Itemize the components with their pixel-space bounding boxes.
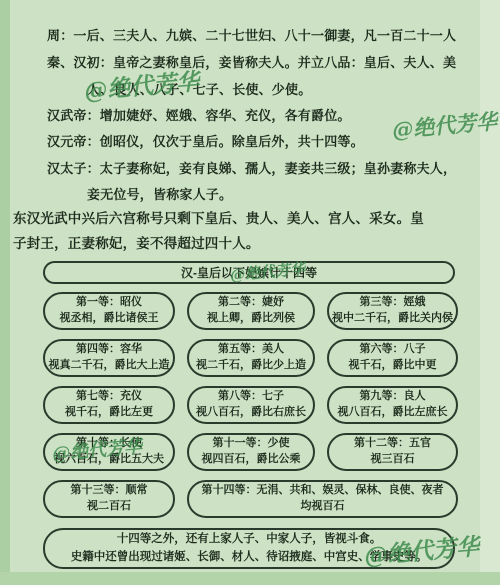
bottom-edge-strip	[0, 572, 500, 585]
rank-detail: 均视百石	[301, 499, 345, 515]
rank-card-6: 第六等：八子 视千石，爵比中更	[327, 339, 458, 377]
rank-grid: 第一等：昭仪 视丞相，爵比诸侯王 第二等：婕妤 视上卿，爵比列侯 第三等：娙娥 …	[43, 292, 458, 518]
rank-card-1: 第一等：昭仪 视丞相，爵比诸侯王	[43, 292, 175, 330]
rank-detail: 视上卿，爵比列侯	[207, 311, 295, 327]
rank-title: 第九等：良人	[360, 389, 426, 405]
rank-title: 第五等：美人	[218, 342, 284, 358]
rank-title: 第二等：婕妤	[218, 295, 284, 311]
intro-line-hantaizi: 汉太子：太子妻称妃，妾有良娣、孺人，妻妾共三级；皇孙妻称夫人，	[47, 161, 456, 177]
rank-card-9: 第九等：良人 视八百石，爵比左庶长	[327, 386, 458, 424]
rank-title: 第十一等：少使	[213, 436, 290, 452]
intro-line-zhou: 周：一后、三夫人、九嫔、二十七世妇、八十一御妻，凡一百二十一人	[47, 28, 456, 44]
rank-card-3: 第三等：娙娥 视中二千石，爵比关内侯	[327, 292, 458, 330]
rank-card-5: 第五等：美人 视二千石，爵比少上造	[187, 339, 315, 377]
rank-title: 第八等：七子	[218, 389, 284, 405]
left-edge-strip	[0, 0, 10, 585]
rank-title: 第四等：容华	[76, 342, 142, 358]
rank-title: 第十二等：五官	[354, 436, 431, 452]
infographic-page: 周：一后、三夫人、九嫔、二十七世妇、八十一御妻，凡一百二十一人 秦、汉初：皇帝之…	[0, 0, 500, 585]
rank-card-4: 第四等：容华 视真二千石，爵比大上造	[43, 339, 175, 377]
rank-title: 第一等：昭仪	[76, 295, 142, 311]
rank-detail: 视八百石，爵比右庶长	[196, 405, 306, 421]
rank-title: 第七等：充仪	[76, 389, 142, 405]
rank-detail: 视千石，爵比中更	[349, 358, 437, 374]
rank-detail: 视真二千石，爵比大上造	[49, 358, 170, 374]
rank-title: 第十四等：无涓、共和、娱灵、保林、良使、夜者	[202, 483, 444, 499]
rank-detail: 视四百石，爵比公乘	[202, 452, 301, 468]
intro-line-qin-hanchu: 秦、汉初：皇帝之妻称皇后，妾皆称夫人。并立八品：皇后、夫人、美	[47, 55, 456, 71]
intro-line-hanwudi: 汉武帝：增加婕妤、娙娥、容华、充仪，各有爵位。	[47, 108, 351, 124]
intro-line-donghan-cont: 子封王，正妻称妃，妾不得超过四十人。	[13, 236, 260, 252]
rank-card-8: 第八等：七子 视八百石，爵比右庶长	[187, 386, 315, 424]
rank-title: 第三等：娙娥	[360, 295, 426, 311]
rank-card-12: 第十二等：五官 视三百石	[327, 433, 458, 471]
intro-line-donghan: 东汉光武中兴后六宫称号只剩下皇后、贵人、美人、宫人、采女。皇	[13, 211, 424, 227]
intro-line-hantaizi-cont: 妾无位号，皆称家人子。	[87, 187, 232, 203]
rank-detail: 视中二千石，爵比关内侯	[332, 311, 453, 327]
intro-line-hanyuandi: 汉元帝：创昭仪，仅次于皇后。除皇后外，共十四等。	[47, 134, 364, 150]
rank-card-7: 第七等：充仪 视千石，爵比左更	[43, 386, 175, 424]
right-edge-strip	[480, 0, 500, 585]
footer-note-line-1: 十四等之外，还有上家人子、中家人子，皆视斗食。	[117, 531, 382, 548]
rank-card-14: 第十四等：无涓、共和、娱灵、保林、良使、夜者 均视百石	[187, 480, 458, 518]
rank-detail: 视千石，爵比左更	[65, 405, 153, 421]
rank-title: 第六等：八子	[360, 342, 426, 358]
rank-detail: 视二百石	[87, 499, 131, 515]
rank-detail: 视二千石，爵比少上造	[196, 358, 306, 374]
rank-card-2: 第二等：婕妤 视上卿，爵比列侯	[187, 292, 315, 330]
rank-card-13: 第十三等：顺常 视二百石	[43, 480, 175, 518]
rank-detail: 视八百石，爵比左庶长	[338, 405, 448, 421]
rank-detail: 视丞相，爵比诸侯王	[60, 311, 159, 327]
rank-title: 第十三等：顺常	[71, 483, 148, 499]
rank-card-11: 第十一等：少使 视四百石，爵比公乘	[187, 433, 315, 471]
rank-detail: 视三百石	[371, 452, 415, 468]
